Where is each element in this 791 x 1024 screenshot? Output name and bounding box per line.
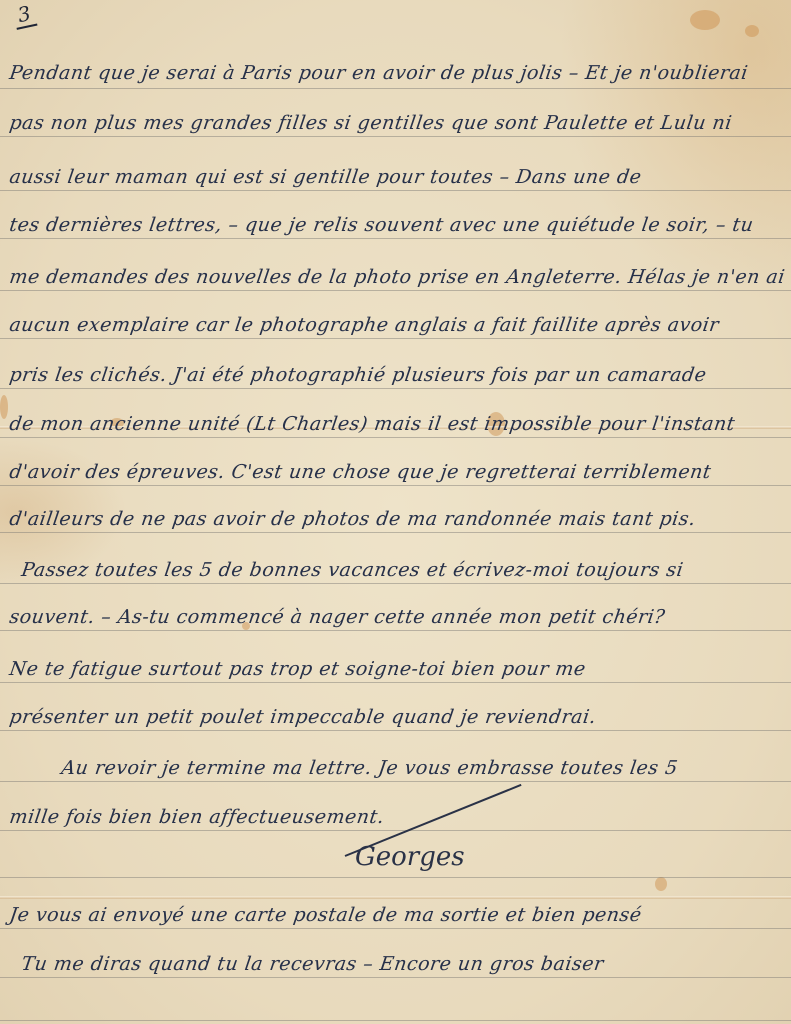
stain	[745, 25, 759, 37]
ruled-line	[0, 88, 791, 89]
signature: Georges	[355, 842, 465, 872]
ruled-line	[0, 338, 791, 339]
paper-fold	[0, 896, 791, 899]
text-line: de mon ancienne unité (Lt Charles) mais …	[8, 413, 786, 435]
ruled-line	[0, 532, 791, 533]
text-line: présenter un petit poulet impeccable qua…	[8, 706, 786, 728]
ruled-line	[0, 583, 791, 584]
ruled-line	[0, 877, 791, 878]
ruled-line	[0, 485, 791, 486]
text-line: me demandes des nouvelles de la photo pr…	[8, 266, 786, 288]
ruled-line	[0, 730, 791, 731]
ruled-line	[0, 136, 791, 137]
postscript-line: Je vous ai envoyé une carte postale de m…	[8, 904, 786, 926]
stain	[655, 877, 667, 891]
ruled-line	[0, 630, 791, 631]
ruled-line	[0, 290, 791, 291]
text-line: aucun exemplaire car le photographe angl…	[8, 314, 786, 336]
text-line: Au revoir je termine ma lettre. Je vous …	[60, 757, 791, 779]
text-line: pas non plus mes grandes filles si genti…	[8, 112, 786, 134]
text-line: d'ailleurs de ne pas avoir de photos de …	[8, 508, 786, 530]
ruled-line	[0, 928, 791, 929]
text-line: Ne te fatigue surtout pas trop et soigne…	[8, 658, 786, 680]
page-number: 3	[12, 0, 38, 30]
stain	[0, 395, 8, 419]
text-line: aussi leur maman qui est si gentille pou…	[8, 166, 786, 188]
ruled-line	[0, 437, 791, 438]
ruled-line	[0, 781, 791, 782]
text-line: d'avoir des épreuves. C'est une chose qu…	[8, 461, 786, 483]
ruled-line	[0, 682, 791, 683]
text-line: mille fois bien bien affectueusement.	[8, 806, 786, 828]
ruled-line	[0, 190, 791, 191]
ruled-line	[0, 238, 791, 239]
text-line: pris les clichés. J'ai été photographié …	[8, 364, 786, 386]
ruled-line	[0, 977, 791, 978]
text-line: souvent. – As-tu commencé à nager cette …	[8, 606, 786, 628]
letter-page: 3 Pendant que je serai à Paris pour en a…	[0, 0, 791, 1024]
ruled-line	[0, 388, 791, 389]
ruled-line	[0, 830, 791, 831]
ruled-line	[0, 1020, 791, 1021]
text-line: tes dernières lettres, – que je relis so…	[8, 214, 786, 236]
text-line: Pendant que je serai à Paris pour en avo…	[8, 62, 786, 84]
postscript-line: Tu me diras quand tu la recevras – Encor…	[20, 953, 791, 975]
stain	[690, 10, 720, 30]
text-line: Passez toutes les 5 de bonnes vacances e…	[20, 559, 791, 581]
